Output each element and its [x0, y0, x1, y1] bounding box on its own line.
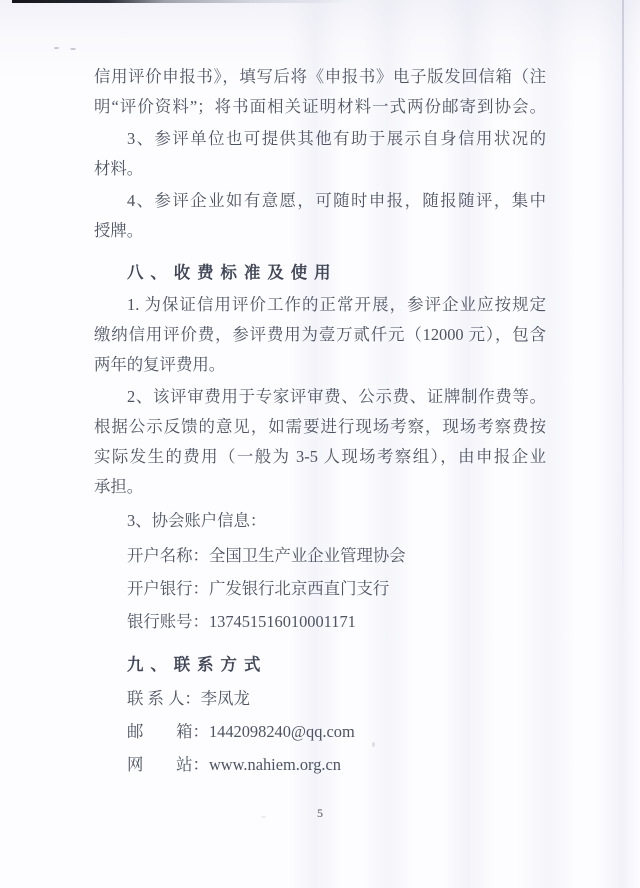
- contact-website-line: 网 站：www.nahiem.org.cn: [94, 748, 546, 781]
- paragraph-account-intro: 3、协会账户信息：: [94, 504, 546, 537]
- text-line: 两年的复评费用。: [94, 350, 546, 380]
- section-heading-contact: 九、联系方式: [94, 650, 546, 680]
- section-heading-fees: 八、收费标准及使用: [94, 258, 546, 288]
- account-details: 开户名称：全国卫生产业企业管理协会 开户银行：广发银行北京西直门支行 银行账号：…: [94, 539, 546, 638]
- page-number: 5: [0, 806, 640, 821]
- heading-text: 八、收费标准及使用: [94, 258, 546, 288]
- heading-text: 九、联系方式: [94, 650, 546, 680]
- paragraph-fee-amount: 1. 为保证信用评价工作的正常开展，参评企业应按规定 缴纳信用评价费，参评费用为…: [94, 290, 546, 380]
- text-line: 2、该评审费用于专家评审费、公示费、证牌制作费等。: [94, 382, 546, 412]
- scan-speck: [54, 47, 59, 49]
- scan-artifact-top-edge: [12, 0, 352, 3]
- account-bank-line: 开户银行：广发银行北京西直门支行: [94, 572, 546, 605]
- text-line: 实际发生的费用（一般为 3-5 人现场考察组），由申报企业: [94, 442, 546, 472]
- contact-details: 联 系 人：李凤龙 邮 箱：1442098240@qq.com 网 站：www.…: [94, 682, 546, 781]
- text-line: 3、协会账户信息：: [94, 504, 546, 537]
- document-content: 信用评价申报书》，填写后将《申报书》电子版发回信箱（注 明“评价资料”；将书面相…: [94, 62, 546, 781]
- contact-email-line: 邮 箱：1442098240@qq.com: [94, 715, 546, 748]
- paragraph-fee-usage: 2、该评审费用于专家评审费、公示费、证牌制作费等。 根据公示反馈的意见，如需要进…: [94, 382, 546, 502]
- contact-person-line: 联 系 人：李凤龙: [94, 682, 546, 715]
- account-name-line: 开户名称：全国卫生产业企业管理协会: [94, 539, 546, 572]
- text-line: 3、参评单位也可提供其他有助于展示自身信用状况的: [94, 124, 546, 154]
- text-line: 授牌。: [94, 216, 546, 246]
- paragraph-item-3: 3、参评单位也可提供其他有助于展示自身信用状况的 材料。: [94, 124, 546, 184]
- scanned-document-page: 信用评价申报书》，填写后将《申报书》电子版发回信箱（注 明“评价资料”；将书面相…: [0, 0, 640, 888]
- text-line: 4、参评企业如有意愿，可随时申报，随报随评，集中: [94, 186, 546, 216]
- text-line: 1. 为保证信用评价工作的正常开展，参评企业应按规定: [94, 290, 546, 320]
- text-line: 明“评价资料”；将书面相关证明材料一式两份邮寄到协会。: [94, 92, 546, 122]
- paragraph-item-4: 4、参评企业如有意愿，可随时申报，随报随评，集中 授牌。: [94, 186, 546, 246]
- text-line: 根据公示反馈的意见，如需要进行现场考察，现场考察费按: [94, 412, 546, 442]
- text-line: 承担。: [94, 472, 546, 502]
- scan-speck: [70, 48, 76, 50]
- text-line: 材料。: [94, 154, 546, 184]
- text-line: 信用评价申报书》，填写后将《申报书》电子版发回信箱（注: [94, 62, 546, 92]
- text-line: 缴纳信用评价费，参评费用为壹万贰仟元（12000 元），包含: [94, 320, 546, 350]
- account-number-line: 银行账号：137451516010001171: [94, 605, 546, 638]
- scan-artifact-page-edge: [622, 0, 624, 620]
- paragraph-application-form: 信用评价申报书》，填写后将《申报书》电子版发回信箱（注 明“评价资料”；将书面相…: [94, 62, 546, 122]
